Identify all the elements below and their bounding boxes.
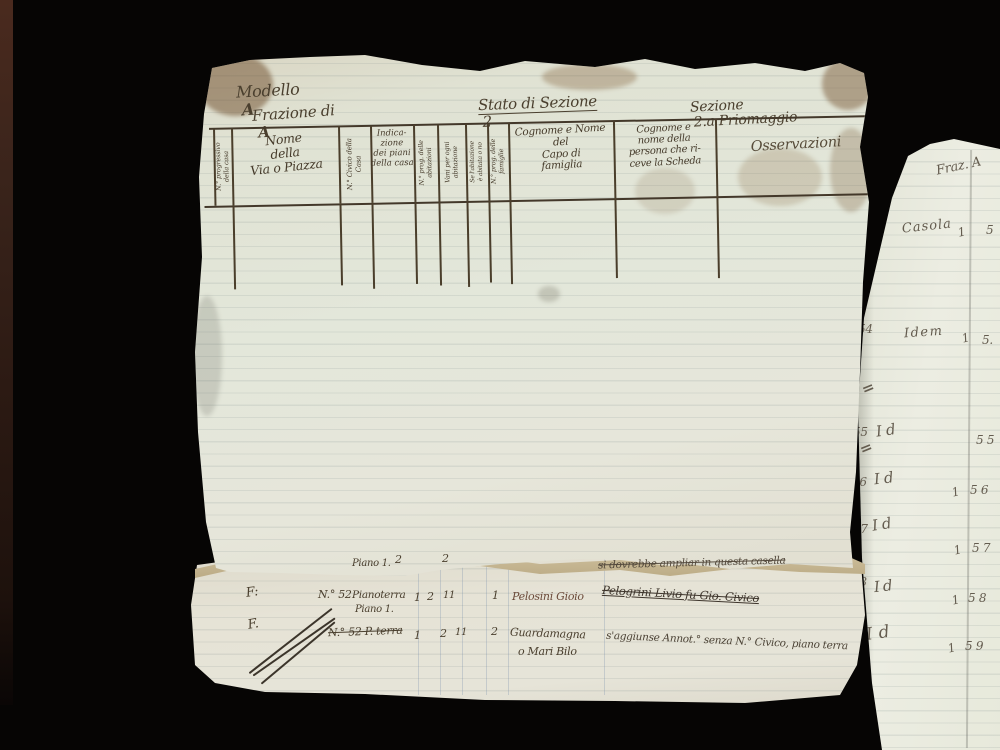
column-header-vani: Vani per ogni abitazione [443,141,461,183]
column-guide [486,553,487,695]
column-header-numero-civico: N.° Civico della Casa [345,138,364,190]
column-line-stub [371,203,374,289]
right-sheet: Fraz. A 53 Casola 1 5 54 Idem 1 5. = 55 … [852,138,1000,750]
entry-value: 5 6 [970,484,988,497]
column-line-stub [509,200,512,284]
column-header-prog-famiglie: N.° prog. delle famiglie [489,139,507,184]
entry-count: 1 [950,485,960,500]
wood-table-edge [0,0,13,705]
entry-value: 5. [982,334,993,347]
paper-stain [192,296,222,416]
entry-count: 1 [952,543,962,558]
entry-name: Id [871,514,897,534]
column-header-abitata: Se l'abitazione è abitata o no [469,141,485,183]
column-separator [465,124,468,201]
page-crease-line [966,150,972,748]
column-guide [508,553,509,695]
entry-count: 1 [950,593,960,608]
column-guide [604,553,605,695]
entry-count: 1 [957,225,967,240]
entry-name: Id [865,622,897,645]
column-guide [418,553,419,695]
register-table: N.° progressivo della casa Nome della Vi… [203,91,875,304]
photographed-register-page: Fraz. A 53 Casola 1 5 54 Idem 1 5. = 55 … [0,0,1000,750]
column-guide [462,553,463,695]
entry-value: 5 [986,224,993,237]
column-line-stub [614,198,617,278]
column-line-stub [438,201,441,285]
column-header-persona-scheda: Cognome e nome della persona che ri- cev… [612,120,716,170]
column-line-stub [339,203,342,285]
column-line-stub [716,196,719,278]
column-guide [440,553,441,695]
entry-value: 5 5 [976,434,994,447]
table-rule-header-bottom [204,193,868,208]
column-header-nome-via: Nome della Via o Piazza [230,127,341,180]
row-number: 57 [853,523,868,536]
column-line-stub [488,201,491,283]
column-line-stub [466,201,469,287]
entry-count: 1 [946,641,956,656]
entry-name: Id [873,469,898,489]
entry-value: 5 7 [972,542,990,555]
column-header-capo-famiglia: Cognome e Nome del Capo di famiglia [507,122,614,175]
main-sheet: Modello A Frazione di A Stato di Sezione… [190,52,875,582]
column-line-stub [414,202,417,284]
column-header-indicazione-piani: Indica- zione dei piani della casa [370,128,414,169]
right-page-header: Fraz. A [935,155,982,179]
column-header-prog-abitazioni: N.° prog. delle abitazioni [417,140,435,185]
column-header-progressivo-casa: N.° progressivo della casa [214,142,232,191]
entry-name: Casola [901,217,952,237]
column-line-stub [232,205,235,289]
entry-name: Id [873,577,896,596]
entry-name: Idem [904,325,944,342]
entry-name: Id [875,420,901,440]
column-header-osservazioni: Osservazioni [723,133,869,157]
entry-value: 5 9 [965,640,983,653]
column-separator [437,124,440,201]
entry-value: 5 8 [968,592,986,605]
